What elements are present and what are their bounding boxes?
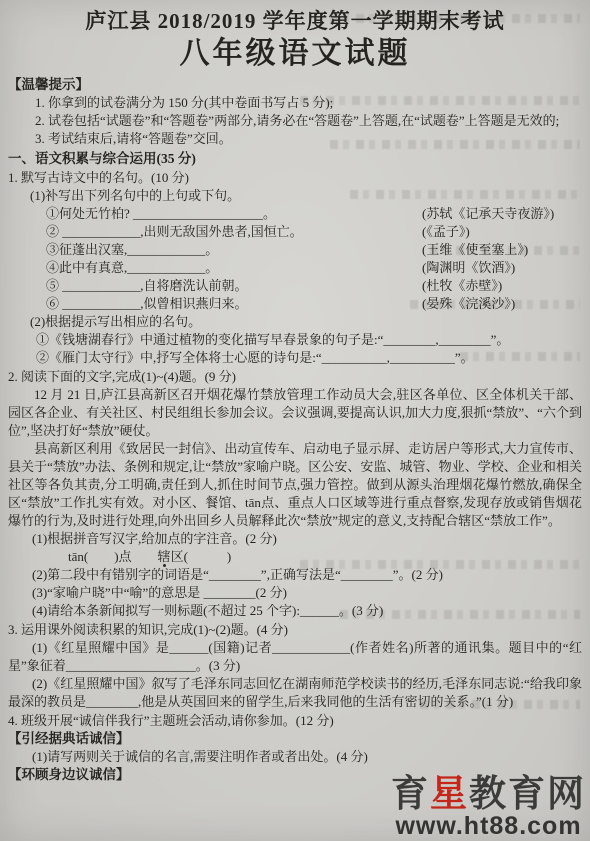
q2-sub2: (2)第二段中有错别字的词语是“________”,正确写法是“________…	[8, 566, 582, 584]
watermark: 育星教育网 www.ht88.com	[391, 775, 586, 839]
q1-item-source: (陶渊明《饮酒》)	[422, 259, 582, 277]
q2-sub3: (3)“家喻户晓”中“喻”的意思是 ________(2 分)	[8, 584, 582, 602]
notice-header: 【温馨提示】	[8, 76, 582, 94]
q2-pinyin-line: tān( )点 辖区( )	[8, 548, 582, 566]
q1-fill-item: ①何处无竹柏? ____________________。 (苏轼《记承天寺夜游…	[8, 205, 582, 223]
question-2-stem: 2. 阅读下面的文字,完成(1)~(4)题。(9 分)	[8, 368, 582, 386]
q2-sub1: (1)根据拼音写汉字,给加点的字注音。(2 分)	[8, 530, 582, 548]
q1-part1-label: (1)补写出下列名句中的上句或下句。	[8, 187, 582, 205]
q1-item-source: (晏殊《浣溪沙》)	[422, 295, 582, 313]
section-heading: 一、语文积累与综合运用(35 分)	[8, 150, 582, 168]
q1-item-text: ①何处无竹柏? ____________________。	[46, 205, 422, 223]
q2-news-paragraph-1: 12 月 21 日,庐江县高新区召开烟花爆竹禁放管理工作动员大会,驻区各单位、区…	[8, 386, 582, 440]
watermark-char: 育	[391, 773, 430, 814]
watermark-chars: 教育网	[469, 773, 586, 814]
exam-document: 庐江县 2018/2019 学年度第一学期期末考试 八年级语文试题 【温馨提示】…	[8, 8, 582, 784]
q1-item-text: ④此中有真意,____________。	[46, 259, 422, 277]
q2-news-paragraph-2: 县高新区利用《致居民一封信》、出动宣传车、启动电子显示屏、走访居户等形式,大力宣…	[8, 440, 582, 530]
question-4-stem: 4. 班级开展“诚信伴我行”主题班会活动,请你参加。(12 分)	[8, 712, 582, 730]
question-1-stem: 1. 默写古诗文中的名句。(10 分)	[8, 169, 582, 187]
q1-item-source: (《孟子》)	[422, 223, 582, 241]
q1-item-source: (王维《使至塞上》)	[422, 241, 582, 259]
q4-block1-item: (1)请写两则关于诚信的名言,需要注明作者或者出处。(4 分)	[8, 748, 582, 766]
q1-fill-item: ③征蓬出汉塞,____________。 (王维《使至塞上》)	[8, 241, 582, 259]
notice-item: 2. 试卷包括“试题卷”和“答题卷”两部分,请务必在“答题卷”上答题,在“试题卷…	[8, 112, 582, 130]
question-3-stem: 3. 运用课外阅读积累的知识,完成(1)~(2)题。(4 分)	[8, 621, 582, 639]
q1-part2-label: (2)根据提示写出相应的名句。	[8, 313, 582, 331]
q1-part2-item: ②《雁门太守行》中,抒写全体将士心愿的诗句是:“__________,_____…	[8, 349, 582, 367]
q1-part2-item: ①《钱塘湖春行》中通过植物的变化描写早春景象的句子是:“________,___…	[8, 331, 582, 349]
q3-sub1: (1)《红星照耀中国》是______(国籍)记者____________(作者姓…	[8, 639, 582, 675]
q2-sub4: (4)请给本条新闻拟写一则标题(不超过 25 个字):______。(3 分)	[8, 602, 582, 620]
dotted-character: 辖	[158, 549, 171, 564]
q3-sub2: (2)《红星照耀中国》叙写了毛泽东同志回忆在湖南师范学校读书的经历,毛泽东同志说…	[8, 675, 582, 711]
scanned-exam-page: 庐江县 2018/2019 学年度第一学期期末考试 八年级语文试题 【温馨提示】…	[0, 0, 590, 841]
pinyin-blank: tān( )点	[68, 549, 158, 564]
notice-item: 3. 考试结束后,请将“答题卷”交回。	[8, 130, 582, 148]
q1-item-text: ⑤ ____________,自将磨洗认前朝。	[46, 277, 422, 295]
exam-title: 庐江县 2018/2019 学年度第一学期期末考试	[8, 8, 582, 34]
q1-item-source: (苏轼《记承天寺夜游》)	[422, 205, 582, 223]
q4-block1-header: 【引经据典话诚信】	[8, 730, 582, 748]
pinyin-blank: 区( )	[171, 549, 232, 564]
q1-fill-item: ⑥ ____________,似曾相识燕归来。 (晏殊《浣溪沙》)	[8, 295, 582, 313]
q1-fill-item: ② ____________,出则无敌国外患者,国恒亡。 (《孟子》)	[8, 223, 582, 241]
q1-fill-item: ⑤ ____________,自将磨洗认前朝。 (杜牧《赤壁》)	[8, 277, 582, 295]
watermark-site-name: 育星教育网	[391, 775, 586, 812]
q1-item-text: ③征蓬出汉塞,____________。	[46, 241, 422, 259]
q1-item-source: (杜牧《赤壁》)	[422, 277, 582, 295]
notice-item: 1. 你拿到的试卷满分为 150 分(其中卷面书写占 5 分);	[8, 94, 582, 112]
q1-item-text: ② ____________,出则无敌国外患者,国恒亡。	[46, 223, 422, 241]
q1-item-text: ⑥ ____________,似曾相识燕归来。	[46, 295, 422, 313]
exam-subtitle: 八年级语文试题	[8, 36, 582, 72]
watermark-star-char: 星	[430, 773, 469, 814]
q1-fill-item: ④此中有真意,____________。 (陶渊明《饮酒》)	[8, 259, 582, 277]
watermark-url: www.ht88.com	[391, 814, 586, 839]
